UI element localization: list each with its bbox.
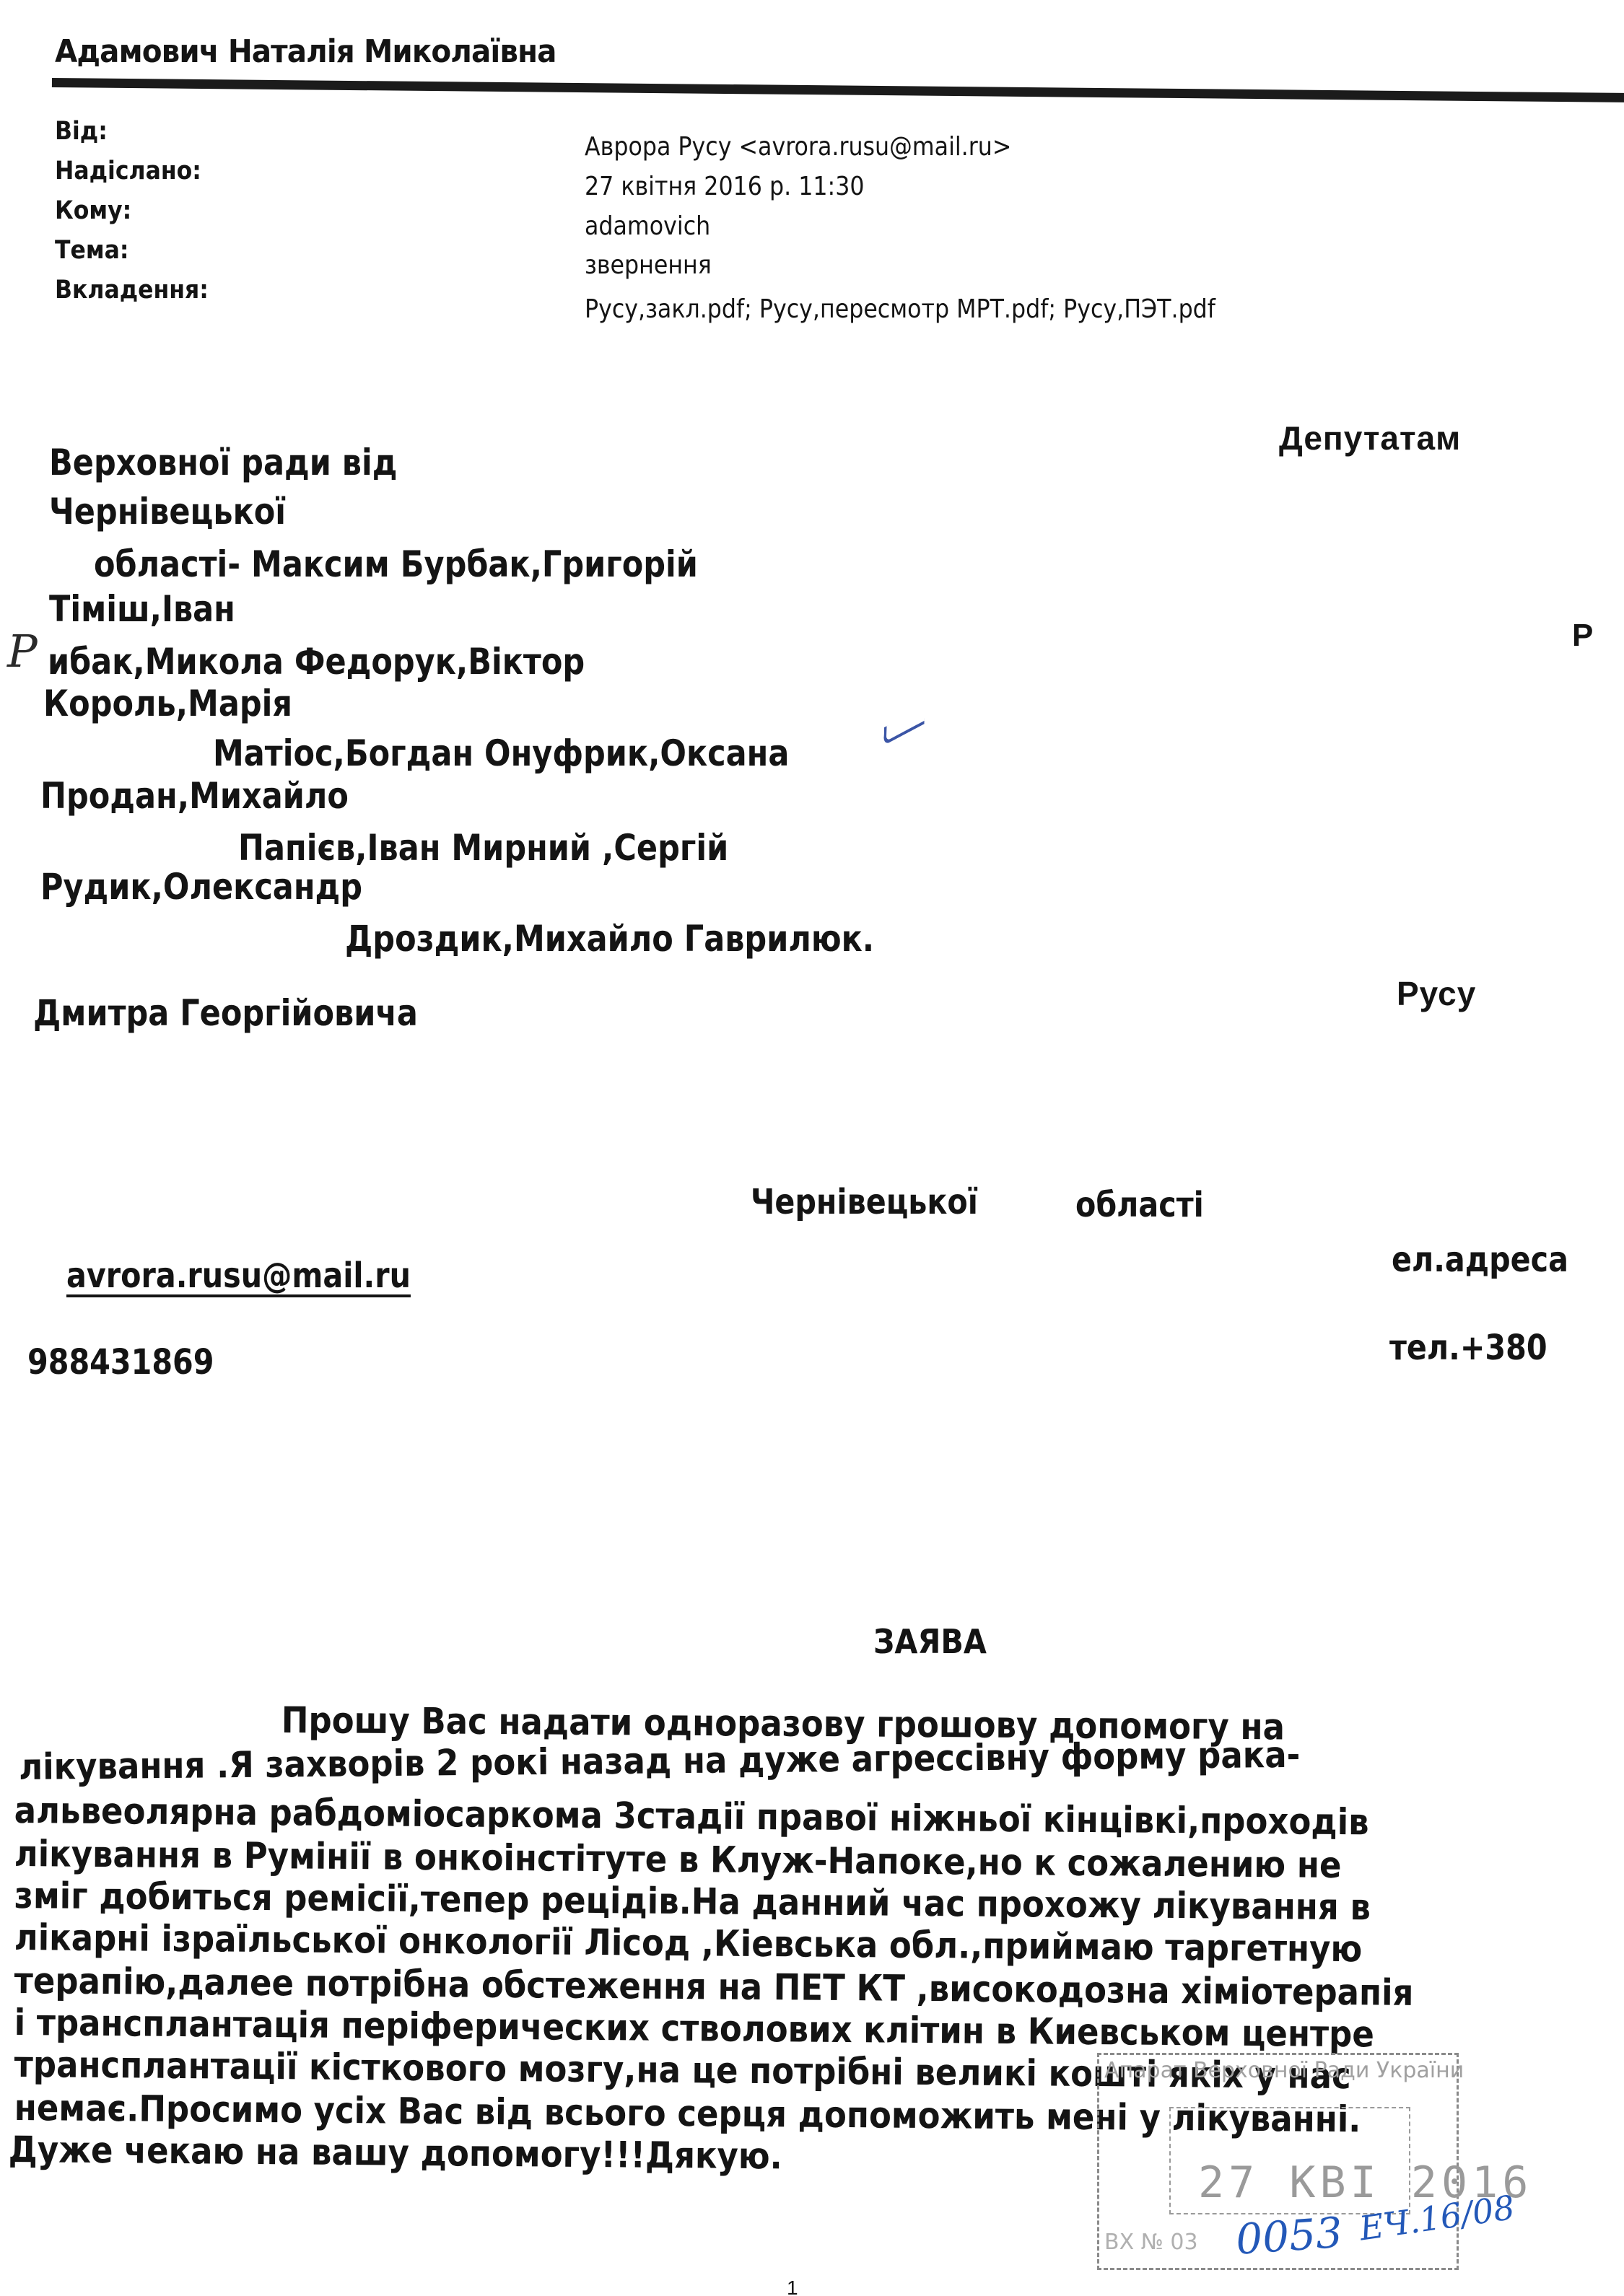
value-subject: звернення xyxy=(585,250,712,280)
page-number: 1 xyxy=(787,2277,798,2296)
statement-line: Дуже чекаю на вашу допомогу!!!Дякую. xyxy=(9,2129,782,2177)
value-attachments[interactable]: Русу,закл.pdf; Русу,пересмотр МРТ.pdf; Р… xyxy=(585,294,1215,324)
address-line: Верховної ради від xyxy=(49,442,397,483)
statement-title: ЗАЯВА xyxy=(873,1622,987,1661)
deputies-heading: Депутатам xyxy=(1279,419,1461,457)
address-line: Тіміш,Іван xyxy=(49,588,235,630)
address-line: Продан,Михайло xyxy=(40,775,349,817)
address-line: ибак,Микола Федорук,Віктор xyxy=(48,641,585,683)
sender-email-link[interactable]: avrora.rusu@mail.ru xyxy=(66,1256,411,1296)
phone-label: тел.+380 xyxy=(1389,1328,1547,1368)
address-line: області- Максим Бурбак,Григорій xyxy=(94,543,698,585)
stray-letter: Р xyxy=(1572,618,1594,654)
sender-region-word: області xyxy=(1075,1185,1204,1225)
address-line: Дроздик,Михайло Гаврилюк. xyxy=(345,918,874,960)
label-attachments: Вкладення: xyxy=(55,276,209,304)
header-divider xyxy=(52,78,1624,102)
value-sent: 27 квітня 2016 р. 11:30 xyxy=(585,172,865,201)
label-to: Кому: xyxy=(55,196,131,225)
address-line: Чернівецької xyxy=(49,491,286,533)
label-sent: Надіслано: xyxy=(55,157,201,185)
label-subject: Тема: xyxy=(55,236,128,265)
stamp-header: Апарат Верховної Ради України xyxy=(1104,2058,1464,2083)
sender-region: Чернівецької xyxy=(751,1182,978,1222)
sender-name: Дмитра Георгійовича xyxy=(33,992,418,1034)
value-from: Аврора Русу <avrora.rusu@mail.ru> xyxy=(585,132,1011,162)
address-line: Матіос,Богдан Онуфрик,Оксана xyxy=(213,732,789,774)
handwritten-letter: Р xyxy=(7,625,38,678)
document-header-name: Адамович Наталія Миколаївна xyxy=(55,33,556,70)
label-from: Від: xyxy=(55,117,108,146)
checkmark-icon xyxy=(883,706,925,745)
registration-number: 0053 xyxy=(1234,2208,1344,2264)
address-line: Папієв,Іван Мирний ,Сергій xyxy=(238,827,728,869)
address-line: Король,Марія xyxy=(43,683,292,724)
email-label: ел.адреса xyxy=(1392,1240,1568,1280)
statement-line: лікування .Я захворів 2 рокі назад на ду… xyxy=(19,1734,1301,1788)
value-to: adamovich xyxy=(585,211,710,241)
address-line: Рудик,Олександр xyxy=(40,866,362,908)
sender-phone: 988431869 xyxy=(27,1342,214,1383)
sender-surname: Русу xyxy=(1397,974,1476,1013)
stamp-code: ВХ № 03 xyxy=(1104,2230,1198,2255)
